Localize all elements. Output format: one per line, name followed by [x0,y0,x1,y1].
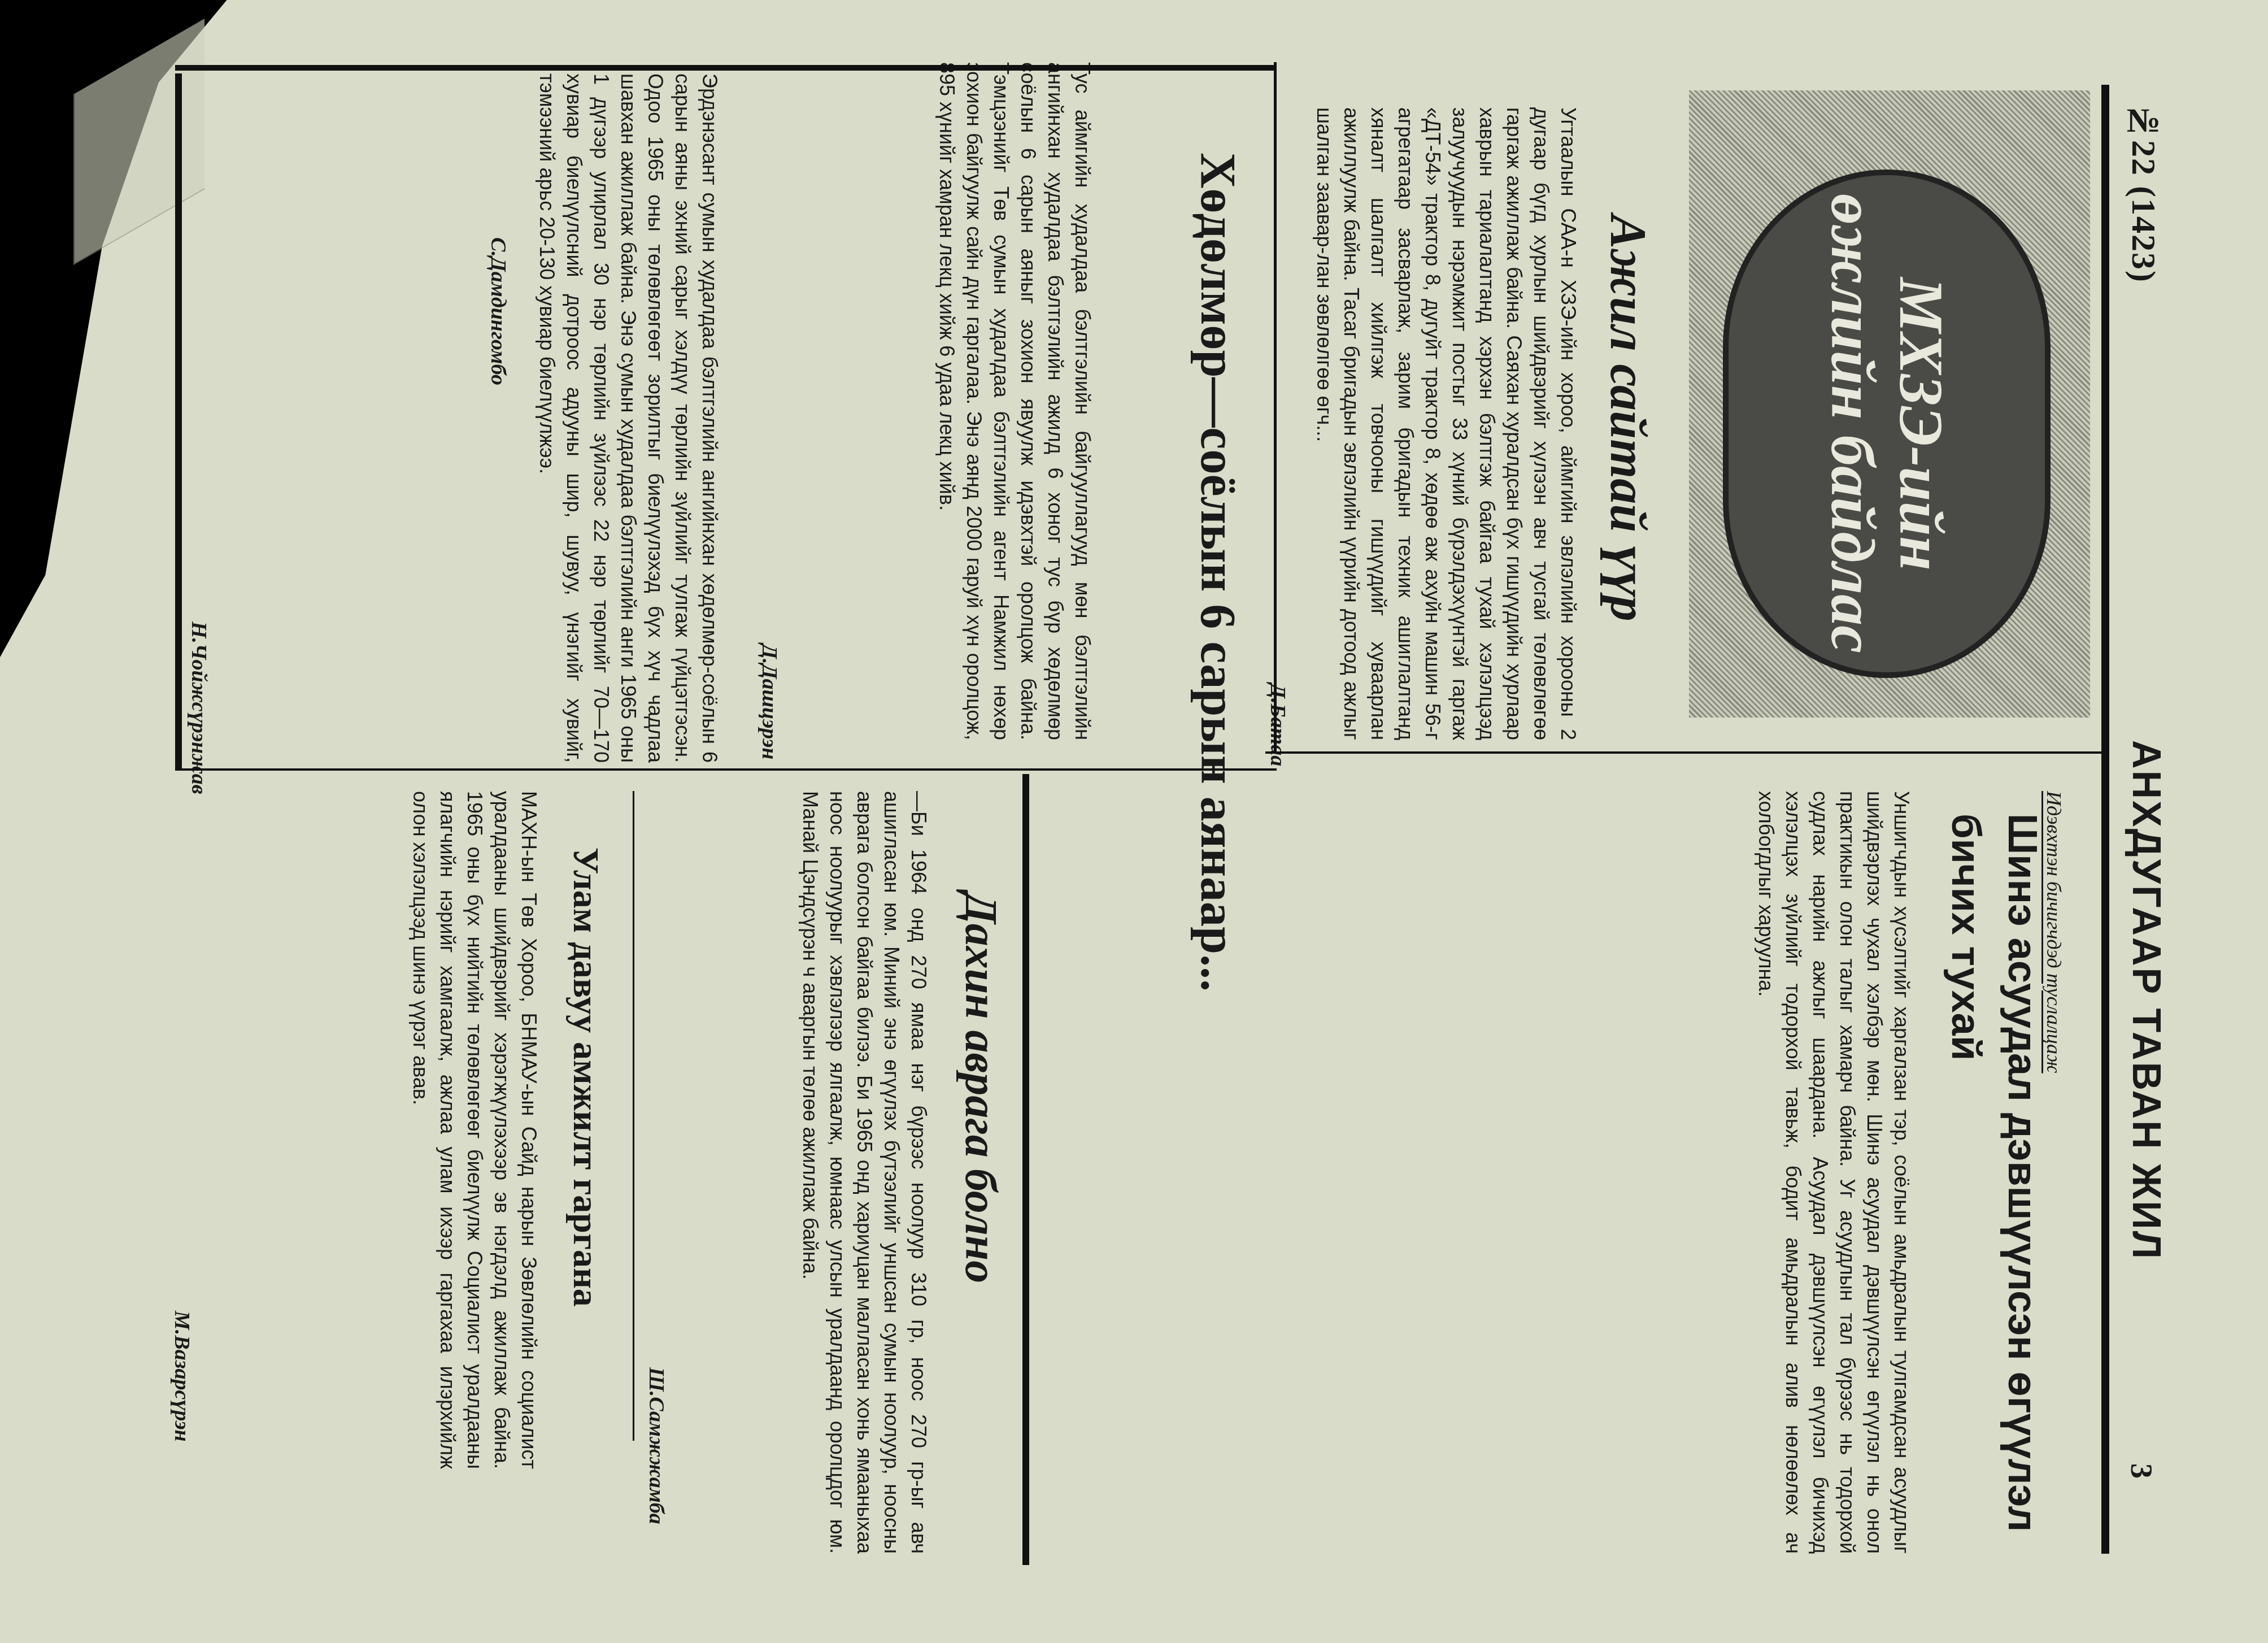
byline-m-vazarsuren: М.Вазарсүрэн [169,1311,194,1442]
article-body-ajil-saitai-uur: Угтаалын САА-н ХЗЭ-ийн хороо, аймгийн эв… [1288,107,1582,740]
ornament-divider [633,791,634,1441]
byline-d-dashtseren: Д.Дашцэрэн [757,644,782,759]
top-border-rule [175,65,1277,71]
page-number: 3 [2124,1463,2159,1479]
article-body-shine-asuudal: Уншигчдын хүсэлтийг харгалзан тэр, соёлы… [1045,791,1915,1554]
column-rule-thick [1022,774,1029,1565]
newspaper-title: АНХДУГААР ТАВАН ЖИЛ [2124,740,2169,1260]
emblem-banner-text: МХЗЭ-ийн өжлийн байдлас [1818,175,1955,672]
issue-number: №22 (1423) [2124,102,2163,283]
headline-ulam-davuu: Улам давуу амжилт гаргана [565,847,607,1307]
article-body-erdenesant: Эрдэнэсант сумын худалдаа бэлтгэлийн анг… [186,73,723,763]
byline-s-damdingombo: С.Дамдингомбо [486,237,511,385]
article-body-ulam-davuu: МАХН-ын Төв Хороо, БНМАУ-ын Сайд нарын З… [181,791,542,1469]
mid-rule [175,768,1277,771]
section-rule [1265,751,2101,754]
headline-ajil-saitai-uur: Ажил сайтай үүр [1599,215,1657,621]
column-rule [1274,62,1277,751]
byline-d-bataa: Д.Батаа [1265,684,1290,766]
banner-icon: МХЗЭ-ийн өжлийн байдлас [1723,169,2051,678]
byline-sh-samjjamba: Ш.Самжжамба [644,1367,669,1524]
article-body-dahin-avarga: —Би 1964 онд 270 ямаа нэг бүрээс ноолуур… [650,791,932,1554]
left-border-rule [175,73,182,768]
mhze-emblem: МХЗЭ-ийн өжлийн байдлас [1689,90,2090,718]
article-body-hudulmur-soyol: Тус аймгийн худалдаа бэлтгэлийн байгуулл… [757,62,1096,740]
headline-shine-asuudal: Шинэ асуудал дэвшүүлсэн өгүүлэл бичих ту… [1938,814,2051,1643]
masthead-rule [2101,85,2109,1554]
headline-dahin-avarga: Дахин аврага болно [955,893,1006,1283]
